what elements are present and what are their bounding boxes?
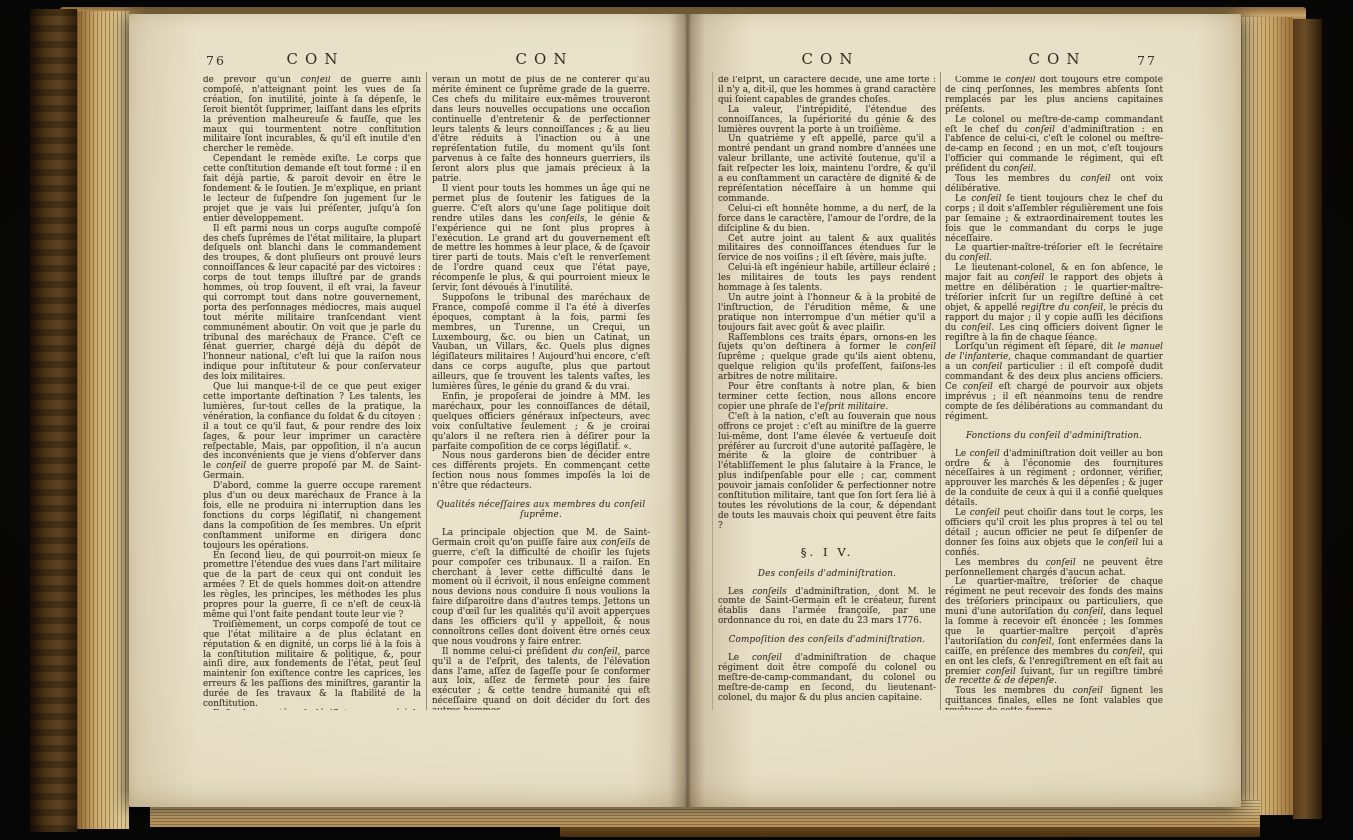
book-cover-right (1293, 19, 1322, 819)
text-column-2: verain un motif de plus de ne conférer q… (432, 76, 650, 710)
paragraph: Un autre joint à l'honneur & à la probit… (718, 294, 936, 334)
column-rule (940, 72, 941, 710)
paragraph: Le quartier-maître-tréſorier eſt le ſecr… (945, 244, 1163, 264)
column-rule (426, 72, 427, 710)
running-head: CON (432, 50, 650, 68)
paragraph: Lorſqu'un régiment eſt ſéparé, dit le ma… (945, 343, 1163, 422)
paragraph: Cependant le remède exiſte. Le corps que… (203, 155, 421, 224)
page-number-right: 77 (1122, 53, 1172, 68)
paragraph: Le conſeil d'adminiſtration doit veiller… (945, 450, 1163, 509)
sub-heading: Des conſeils d'adminiſtration. (718, 570, 936, 580)
column-rule (712, 72, 713, 710)
paragraph: Celui-ci eſt honnête homme, a du nerf, d… (718, 205, 936, 235)
paragraph: de l'eſprit, un caractère décidé, une am… (718, 76, 936, 106)
sub-heading: Compoſition des conſeils d'adminiſtratio… (718, 636, 936, 646)
sub-heading: Fonctions du conſeil d'adminiſtration. (945, 432, 1163, 442)
paragraph: Que lui manque-t-il de ce que peut exige… (203, 383, 421, 482)
paragraph: D'abord, comme la guerre occupe rarement… (203, 482, 421, 551)
paragraph: Le conſeil ſe tient toujours chez le che… (945, 195, 1163, 245)
paragraph: Pour être conſtants à notre plan, & bien… (718, 383, 936, 413)
paragraph: La principale objection que M. de Saint-… (432, 529, 650, 648)
text-column-3: de l'eſprit, un caractère décidé, une am… (718, 76, 936, 710)
running-head: CON (203, 50, 421, 68)
paragraph: Nous nous garderons bien de décider entr… (432, 452, 650, 492)
paragraph: Troiſièmement, un corps compoſé de tout … (203, 621, 421, 710)
paragraph: de prévoir qu'un conſeil de guerre ainſi… (203, 76, 421, 155)
section-number: §. I V. (718, 548, 936, 558)
paragraph: En ſecond lieu, de qui pourroit-on mieux… (203, 552, 421, 621)
paragraph: Il eſt parmi nous un corps auguſte compo… (203, 225, 421, 384)
paragraph: Le lieutenant-colonel, & en ſon abſence,… (945, 264, 1163, 343)
page-edges-right (1241, 17, 1293, 815)
paragraph: Raſſemblons ces traits épars, ornons-en … (718, 334, 936, 384)
open-book-spread: 76 CON CON CON CON 77 de prévoir qu'un c… (129, 14, 1241, 807)
sub-heading: Qualités néceſſaires aux membres du conſ… (432, 501, 650, 521)
paragraph: Un quatrième y eſt appellé, parce qu'il … (718, 135, 936, 204)
paragraph: Comme le conſeil doit toujours être comp… (945, 76, 1163, 116)
paragraph: C'eſt à la nation, c'eſt au ſouverain qu… (718, 413, 936, 532)
paragraph: Il nomme celui-ci préſident du conſeil, … (432, 648, 650, 710)
paragraph: Celui-là eſt ingénieur habile, artilleur… (718, 264, 936, 294)
paragraph: La valeur, l'intrépidité, l'étendue des … (718, 106, 936, 136)
text-column-1: de prévoir qu'un conſeil de guerre ainſi… (203, 76, 421, 710)
paragraph: Le conſeil peut choiſir dans tout le cor… (945, 509, 1163, 559)
paragraph: Il vient pour touts les hommes un âge qu… (432, 185, 650, 294)
page-edges-left (77, 11, 129, 829)
paragraph: Tous les membres du conſeil ont voix dél… (945, 175, 1163, 195)
paragraph: verain un motif de plus de ne conférer q… (432, 76, 650, 185)
running-head: CON (718, 50, 936, 68)
text-column-4: Comme le conſeil doit toujours être comp… (945, 76, 1163, 710)
paragraph: Le quartier-maître, tréſorier de chaque … (945, 578, 1163, 687)
paragraph: Le conſeil d'adminiſtration de chaque ré… (718, 654, 936, 704)
paragraph: Le colonel ou meſtre-de-camp commandant … (945, 116, 1163, 175)
paragraph: Tous les membres du conſeil ſignent les … (945, 687, 1163, 710)
paragraph: Les conſeils d'adminiſtration, dont M. l… (718, 588, 936, 628)
book-gutter (669, 14, 705, 807)
book-cover-left (30, 9, 77, 832)
paragraph: Cet autre joint au talent & aux qualités… (718, 235, 936, 265)
photo-background: 76 CON CON CON CON 77 de prévoir qu'un c… (0, 0, 1353, 840)
paragraph: Suppoſons le tribunal des maréchaux de F… (432, 294, 650, 393)
paragraph: Enfin, je propoſerai de joindre à MM. le… (432, 393, 650, 452)
paragraph: Les membres du conſeil ne peuvent être p… (945, 559, 1163, 579)
